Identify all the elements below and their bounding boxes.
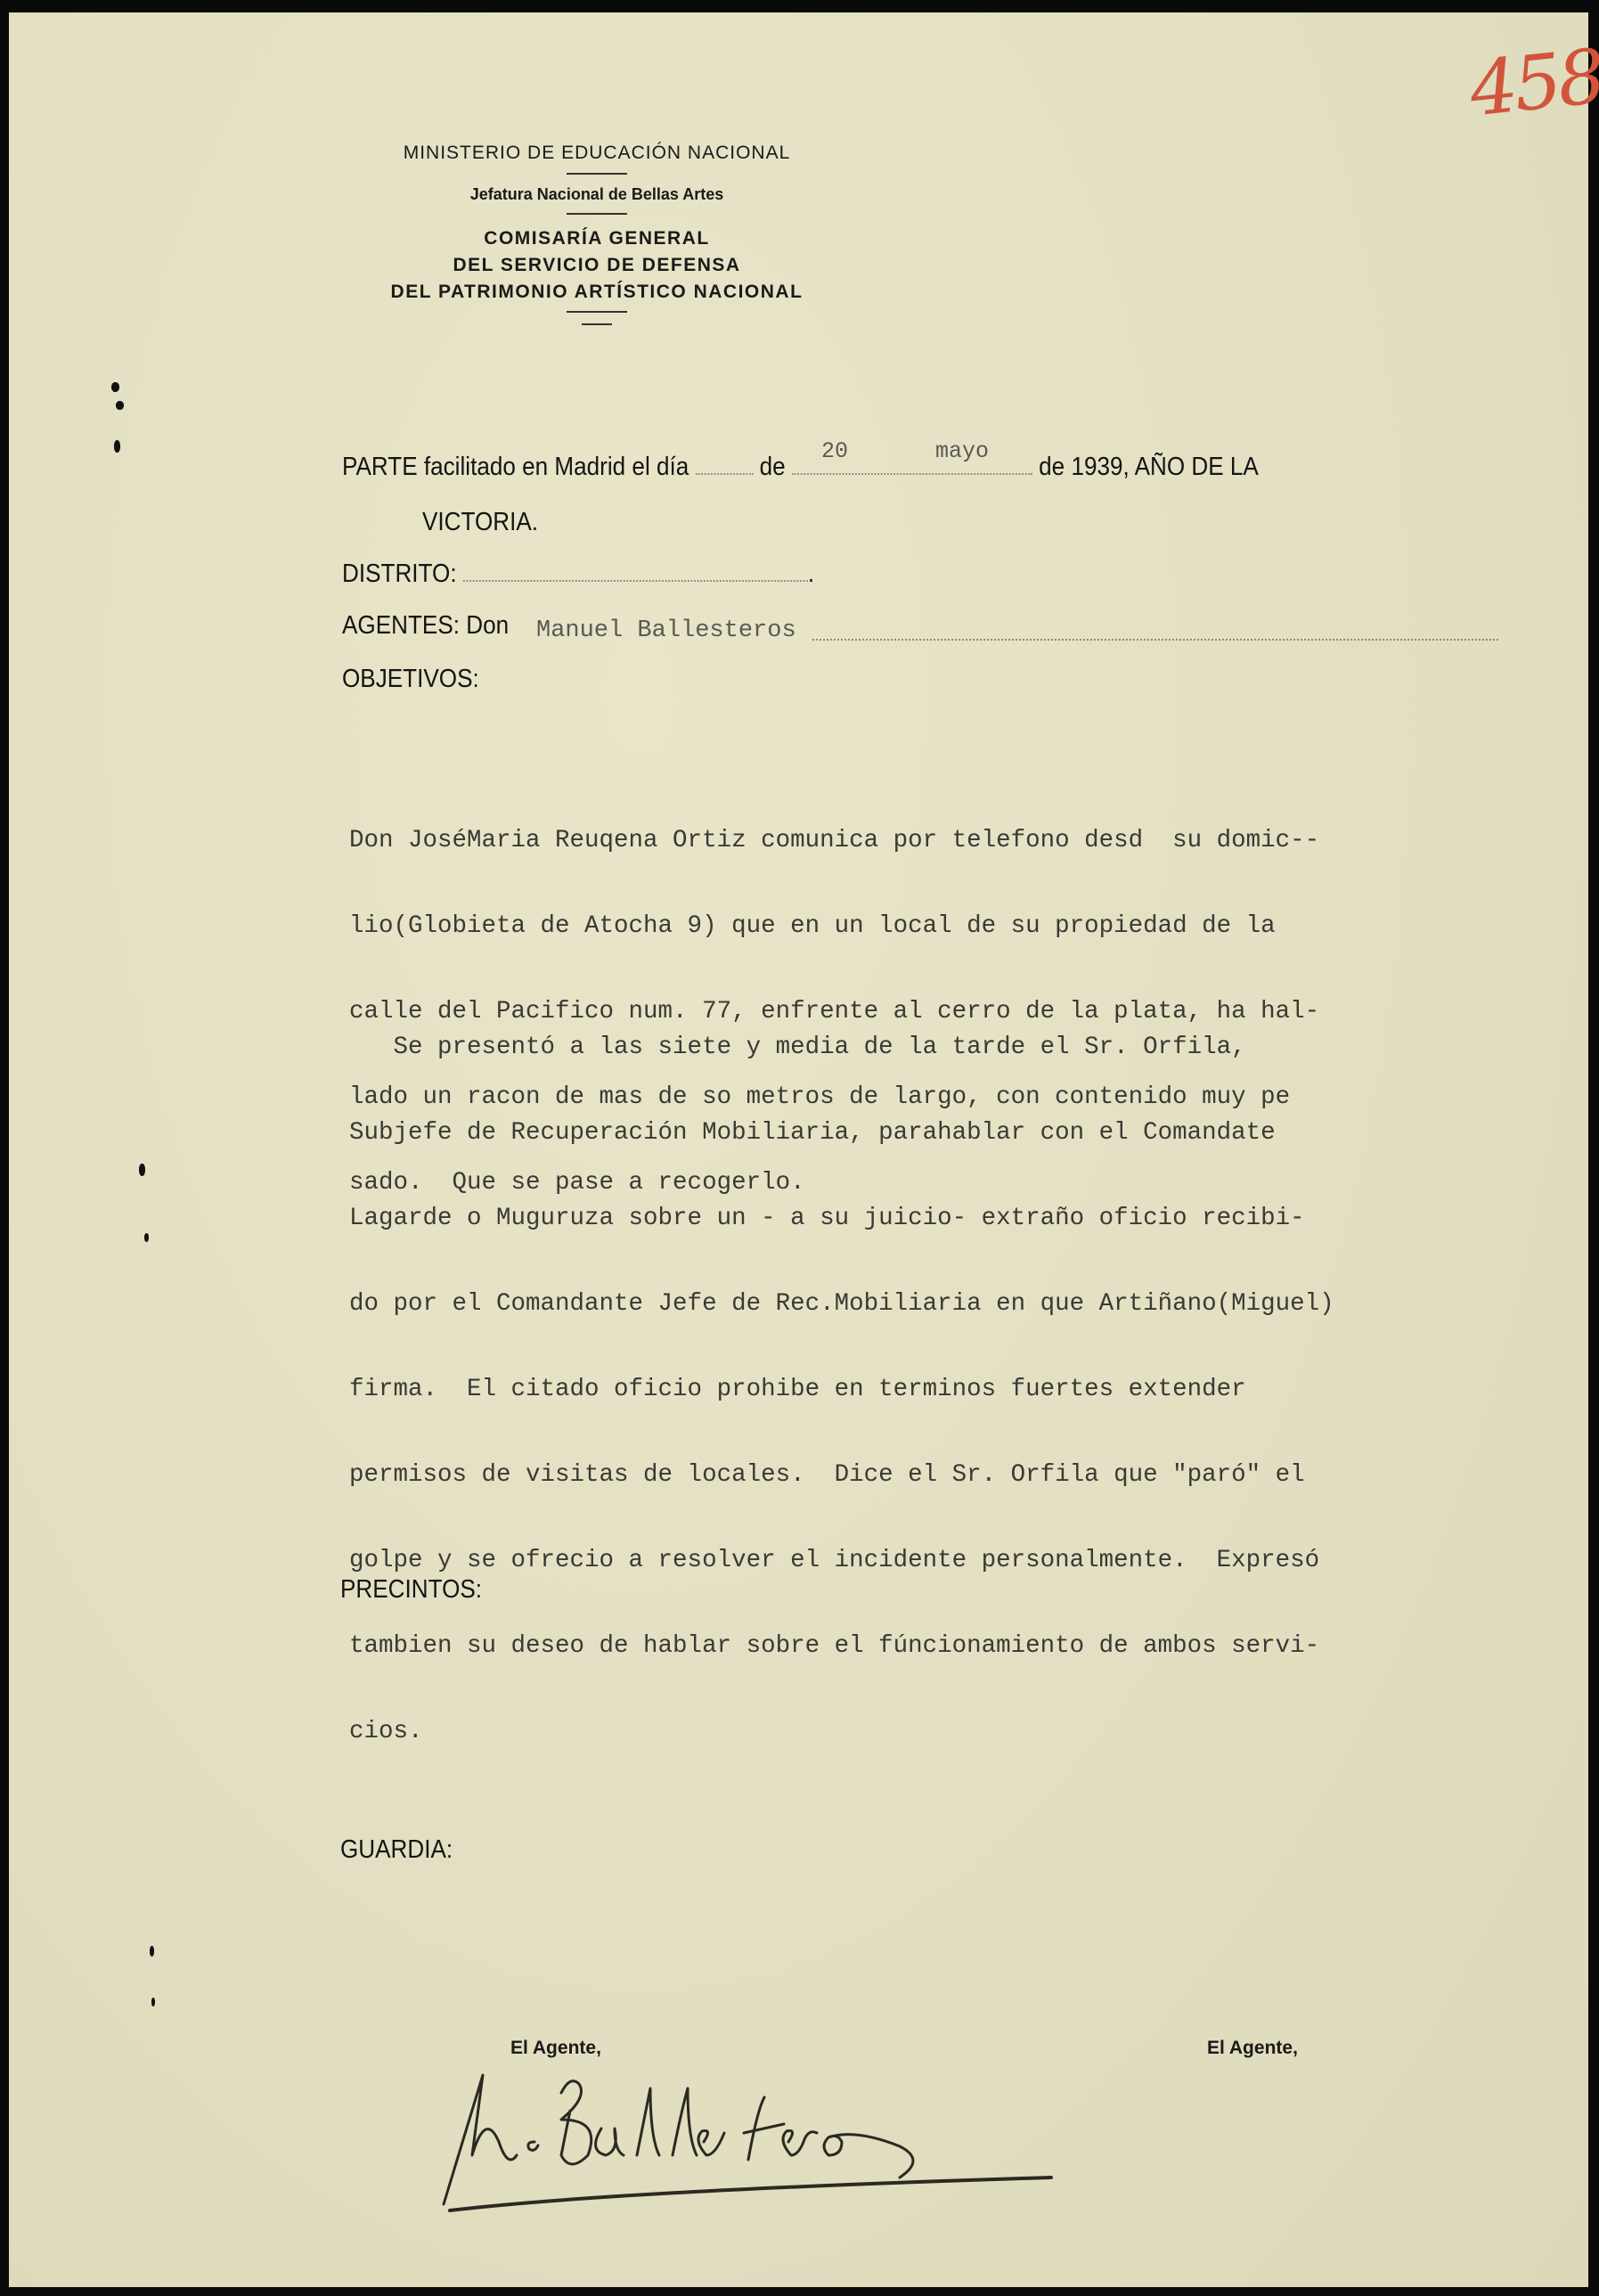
- month-value: mayo: [935, 438, 989, 464]
- commission-line: DEL PATRIMONIO ARTÍSTICO NACIONAL: [347, 279, 846, 306]
- letterhead: MINISTERIO DE EDUCACIÓN NACIONAL Jefatur…: [347, 143, 846, 336]
- typed-line: Don JoséMaria Reuqena Ortiz comunica por…: [349, 827, 1543, 855]
- ministry-name: MINISTERIO DE EDUCACIÓN NACIONAL: [347, 143, 846, 164]
- agentes-line: AGENTES: Don: [342, 611, 509, 641]
- agentes-value: Manuel Ballesteros: [536, 617, 796, 644]
- typed-line: golpe y se ofrecio a resolver el inciden…: [349, 1547, 1543, 1575]
- de-label: de: [760, 453, 786, 481]
- distrito-field[interactable]: [463, 576, 808, 582]
- parte-line: PARTE facilitado en Madrid el día de de …: [342, 453, 1259, 482]
- typed-line: cios.: [349, 1718, 1543, 1746]
- divider: [567, 213, 627, 215]
- typed-line: lio(Globieta de Atocha 9) que en un loca…: [349, 912, 1543, 941]
- objetivos-paragraph-2: Se presentó a las siete y media de la ta…: [349, 976, 1543, 1803]
- typed-line: Lagarde o Muguruza sobre un - a su juici…: [349, 1205, 1543, 1233]
- precintos-label: PRECINTOS:: [340, 1575, 482, 1605]
- distrito-label: DISTRITO:: [342, 560, 457, 588]
- divider: [582, 323, 612, 325]
- commission-line: COMISARÍA GENERAL: [347, 225, 846, 252]
- distrito-line: DISTRITO: .: [342, 560, 814, 589]
- binding-hole: [111, 382, 119, 392]
- typed-line: do por el Comandante Jefe de Rec.Mobilia…: [349, 1290, 1543, 1319]
- day-value: 20: [821, 438, 848, 464]
- agent-label-right: El Agente,: [1207, 2038, 1298, 2059]
- binding-hole: [144, 1233, 149, 1242]
- commission-line: DEL SERVICIO DE DEFENSA: [347, 252, 846, 279]
- objetivos-label: OBJETIVOS:: [342, 665, 479, 694]
- document-page: 458 MINISTERIO DE EDUCACIÓN NACIONAL Jef…: [9, 12, 1588, 2287]
- victoria-line: VICTORIA.: [422, 508, 538, 537]
- agentes-field-dots: [812, 639, 1498, 641]
- binding-hole: [151, 1998, 155, 2006]
- guardia-label: GUARDIA:: [340, 1835, 453, 1865]
- divider: [567, 311, 627, 313]
- typed-line: Se presentó a las siete y media de la ta…: [349, 1034, 1543, 1062]
- binding-hole: [139, 1164, 145, 1176]
- signature-icon: [436, 2057, 1060, 2218]
- divider: [567, 173, 627, 175]
- binding-hole: [114, 440, 120, 453]
- folio-number: 458: [1465, 33, 1599, 134]
- agent-label-left: El Agente,: [510, 2038, 601, 2059]
- binding-hole: [116, 401, 124, 410]
- agentes-label: AGENTES: Don: [342, 611, 509, 640]
- binding-hole: [150, 1946, 154, 1957]
- department-name: Jefatura Nacional de Bellas Artes: [347, 185, 846, 204]
- typed-line: permisos de visitas de locales. Dice el …: [349, 1461, 1543, 1490]
- day-field[interactable]: [696, 470, 754, 475]
- typed-line: Subjefe de Recuperación Mobiliaria, para…: [349, 1119, 1543, 1148]
- month-field[interactable]: [792, 470, 1032, 475]
- typed-line: firma. El citado oficio prohibe en termi…: [349, 1376, 1543, 1404]
- typed-line: tambien su deseo de hablar sobre el fúnc…: [349, 1632, 1543, 1661]
- year-suffix: de 1939, AÑO DE LA: [1039, 453, 1259, 481]
- parte-prefix: PARTE facilitado en Madrid el día: [342, 453, 689, 481]
